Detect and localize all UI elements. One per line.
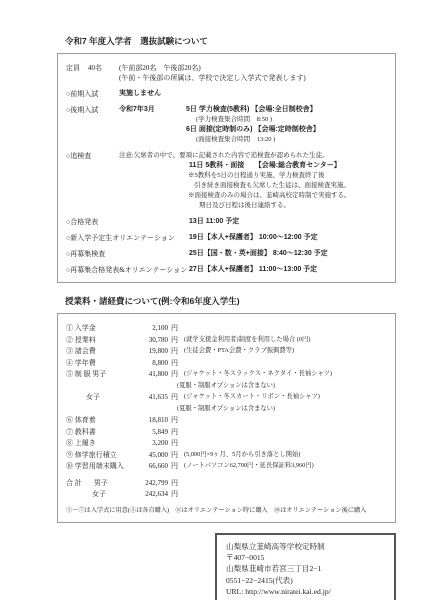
fee-unit: 円: [171, 369, 178, 380]
fee-amount: 45,000: [138, 450, 168, 461]
fee-row-entrance: ① 入学金 2,100 円: [66, 323, 390, 334]
capacity-label: 定員: [66, 64, 80, 72]
fee-row-textbooks: ⑦ 教科書 5,849 円: [66, 427, 390, 438]
fee-unit: 円: [171, 323, 178, 334]
fee-label: 学習用端末購入: [75, 462, 124, 470]
fee-row-uniform-female: 女子 41,635 円 (ジャケット・冬スカート・リボン・長袖シャツ): [66, 392, 390, 403]
fee-amount: 5,849: [138, 427, 168, 438]
first-exam-value: 実施しません: [119, 89, 161, 99]
row-orientation: ○新入学予定生オリエンテーション 19日【本人+保護者】 10:00〜12:00…: [66, 233, 390, 243]
total-female-label: 女子: [92, 490, 106, 498]
fee-name: ④ 学年費: [66, 358, 138, 369]
fee-note-uniform-female: (夏服・制服オプションは含まない): [177, 404, 390, 415]
fee-amount: 41,635: [138, 392, 168, 403]
orientation-label: ○新入学予定生オリエンテーション: [66, 233, 189, 243]
fee-unit: 円: [171, 358, 178, 369]
makeup-exam-line3: 引き続き面接検査も欠席した生徒は、面接検査実施。: [194, 181, 351, 191]
fee-no: ⑧: [66, 439, 73, 447]
fee-label: 教科書: [75, 428, 96, 436]
row-reapply-exam: ○再募集検査 25日【国・数・英+面接】 8:40〜12:30 予定: [66, 249, 390, 259]
fee-unit: 円: [171, 438, 178, 449]
makeup-exam-line5: 期日及び日程は後日連絡する。: [199, 201, 351, 211]
row-second-exam: ○後期入試 令和7年3月 5日 学力検査(5教科) 【会場:全日制校舎】 (学力…: [66, 105, 390, 145]
section2-title: 授業料・諸経費について(例:令和6年度入学生): [65, 296, 424, 306]
fee-no: ④: [66, 359, 73, 367]
capacity-label-cell: 定員40名: [66, 63, 119, 73]
fee-unit: 円: [171, 415, 178, 426]
total-label: 合 計: [66, 479, 82, 487]
capacity-notes: (午前部20名 午後部20名) (午前・午後部の所属は、学校で決定し入学式で発表…: [119, 63, 306, 83]
fee-label: 授業料: [75, 336, 96, 344]
fee-label: 女子: [86, 393, 100, 401]
fee-row-tuition: ② 授業料 30,780 円 (就学支援金利用者)制度を利用した場合 (0円): [66, 335, 390, 346]
fee-row-laptop: ⑩ 学習用端末購入 66,660 円 (ノートパソコン62,700円・延長保証料…: [66, 461, 390, 472]
fee-name: ⑩ 学習用端末購入: [66, 461, 138, 472]
total-row-male: 合 計男子 242,799 円: [66, 478, 390, 489]
fee-no: ③: [66, 347, 73, 355]
fee-row-memberships: ③ 諸会費 19,800 円 (生徒会費・PTA会費・クラブ振興費等): [66, 346, 390, 357]
fee-amount: 2,100: [138, 323, 168, 334]
fee-name: ⑨ 修学旅行積立: [66, 450, 138, 461]
document-page: 令和7 年度入学者 選抜試験について 定員40名 (午前部20名 午後部20名)…: [0, 0, 424, 600]
reapply-results-label: ○再募集合格発表&オリエンテーション: [66, 265, 189, 275]
row-reapply-results: ○再募集合格発表&オリエンテーション 27日【本人+保護者】 11:00〜13:…: [66, 265, 390, 275]
fee-no: ⑤: [66, 370, 73, 378]
fee-note: (ジャケット・冬スカート・リボン・長袖シャツ): [184, 392, 320, 403]
total-name: 合 計男子: [66, 478, 138, 489]
second-exam-line2: (学力検査集合時間 8:50 ): [196, 115, 320, 125]
school-address-box: 山梨県立韮崎高等学校定時制 〒407−0015 山梨県韮崎市若宮三丁目2−1 0…: [215, 533, 396, 600]
total-name: 女子: [66, 489, 138, 500]
orientation-value: 19日【本人+保護者】 10:00〜12:00 予定: [189, 233, 318, 243]
reapply-exam-value: 25日【国・数・英+面接】 8:40〜12:30 予定: [189, 249, 328, 259]
fee-unit: 円: [171, 427, 178, 438]
fee-no: ⑨: [66, 451, 73, 459]
fee-amount: 66,660: [138, 461, 168, 472]
results-value: 13日 11:00 予定: [189, 217, 239, 227]
row-makeup-exam: ○追検査 注意:欠席者の中で、要項に記載された内容で追検査が認められた生徒。 1…: [66, 151, 390, 211]
capacity-value: 40名: [88, 64, 102, 72]
fee-label: 上履き: [75, 439, 96, 447]
exam-schedule-box: 定員40名 (午前部20名 午後部20名) (午前・午後部の所属は、学校で決定し…: [57, 53, 396, 283]
fee-name: ⑤ 制 服 男子: [66, 369, 138, 380]
fee-unit: 円: [171, 461, 178, 472]
fee-row-uniform-male: ⑤ 制 服 男子 41,800 円 (ジャケット・冬スラックス・ネクタイ・長袖シ…: [66, 369, 390, 380]
fee-no: ①: [66, 324, 73, 332]
fee-row-trip-savings: ⑨ 修学旅行積立 45,000 円 (5,000円×9ヶ月、5月から引き落とし開…: [66, 450, 390, 461]
section1-title: 令和7 年度入学者 選抜試験について: [65, 36, 424, 46]
reapply-exam-label: ○再募集検査: [66, 249, 189, 259]
total-male-amount: 242,799: [138, 478, 168, 489]
fee-label: 制 服 男子: [75, 370, 107, 378]
fee-name: ① 入学金: [66, 323, 138, 334]
fee-label: 学年費: [75, 359, 96, 367]
results-label: ○合格発表: [66, 217, 189, 227]
fee-name: ⑦ 教科書: [66, 427, 138, 438]
makeup-exam-line1: 11日 5教科・面接 【会場:総合教育センター】: [189, 161, 351, 171]
second-exam-line1: 5日 学力検査(5教科) 【会場:全日制校舎】: [186, 105, 320, 115]
makeup-exam-note: 注意:欠席者の中で、要項に記載された内容で追検査が認められた生徒。: [119, 151, 351, 161]
fee-unit: 円: [171, 450, 178, 461]
first-exam-label: ○前期入試: [66, 89, 119, 99]
makeup-exam-label: ○追検査: [66, 151, 119, 161]
fee-unit: 円: [171, 346, 178, 357]
fee-amount: 3,200: [138, 438, 168, 449]
fee-note: (ジャケット・冬スラックス・ネクタイ・長袖シャツ): [184, 369, 332, 380]
website-url: URL: http://www.niratei.kai.ed.jp/: [226, 586, 386, 597]
fee-amount: 8,800: [138, 358, 168, 369]
fee-name: ② 授業料: [66, 335, 138, 346]
fee-name: ⑧ 上履き: [66, 438, 138, 449]
fee-row-slippers: ⑧ 上履き 3,200 円: [66, 438, 390, 449]
fee-label: 入学金: [75, 324, 96, 332]
fee-no: ⑥: [66, 416, 73, 424]
fee-amount: 30,780: [138, 335, 168, 346]
total-male-label: 男子: [94, 479, 108, 487]
fee-name: ③ 諸会費: [66, 346, 138, 357]
fee-unit: 円: [171, 335, 178, 346]
fee-unit: 円: [171, 392, 178, 403]
fee-amount: 19,800: [138, 346, 168, 357]
second-exam-schedule: 5日 学力検査(5教科) 【会場:全日制校舎】 (学力検査集合時間 8:50 )…: [186, 105, 320, 145]
fee-note-uniform-male: (夏服・制服オプションは含まない): [177, 381, 390, 392]
fee-no: ②: [66, 336, 73, 344]
fee-label: 修学旅行積立: [75, 451, 117, 459]
fee-label: 体育着: [75, 416, 96, 424]
postal-code: 〒407−0015: [226, 552, 386, 563]
fee-unit: 円: [171, 489, 178, 500]
second-exam-label: ○後期入試: [66, 105, 119, 115]
makeup-exam-line2: ※5教科を5日の日程通り実施、学力検査終了後: [188, 171, 351, 181]
row-first-exam: ○前期入試 実施しません: [66, 89, 390, 99]
fee-unit: 円: [171, 478, 178, 489]
fee-note: (ノートパソコン62,700円・延長保証料3,960円): [184, 461, 314, 472]
fee-amount: 41,800: [138, 369, 168, 380]
capacity-note2: (午前・午後部の所属は、学校で決定し入学式で発表します): [119, 73, 306, 83]
total-row-female: 女子 242,634 円: [66, 489, 390, 500]
second-exam-line3: 6日 面接(定時制のみ) 【会場:定時制校舎】: [186, 125, 320, 135]
phone-number: 0551−22−2415(代表): [226, 575, 386, 586]
fee-note: (就学支援金利用者)制度を利用した場合 (0円): [184, 335, 310, 346]
fee-note: (5,000円×9ヶ月、5月から引き落とし開始): [184, 450, 300, 461]
street-address: 山梨県韮崎市若宮三丁目2−1: [226, 563, 386, 574]
fee-name: ⑥ 体育着: [66, 415, 138, 426]
makeup-exam-line4: ※面接検査のみの場合は、韮崎高校定時制で実施する。: [188, 191, 351, 201]
fees-footnote: ①〜⑦は入学式に用意(⑤は各自購入) ⑧はオリエンテーション時に購入 ⑩はオリエ…: [66, 506, 390, 515]
fee-row-pe-wear: ⑥ 体育着 18,810 円: [66, 415, 390, 426]
school-name: 山梨県立韮崎高等学校定時制: [226, 541, 386, 552]
fee-row-grade: ④ 学年費 8,800 円: [66, 358, 390, 369]
fee-no: ⑩: [66, 462, 73, 470]
fee-no: ⑦: [66, 428, 73, 436]
row-capacity: 定員40名 (午前部20名 午後部20名) (午前・午後部の所属は、学校で決定し…: [66, 63, 390, 83]
makeup-exam-detail: 注意:欠席者の中で、要項に記載された内容で追検査が認められた生徒。 11日 5教…: [119, 151, 351, 211]
fee-name: 女子: [66, 392, 138, 403]
capacity-note1: (午前部20名 午後部20名): [119, 63, 306, 73]
fee-label: 諸会費: [75, 347, 96, 355]
fee-amount: 18,810: [138, 415, 168, 426]
total-female-amount: 242,634: [138, 489, 168, 500]
row-results: ○合格発表 13日 11:00 予定: [66, 217, 390, 227]
fee-note: (生徒会費・PTA会費・クラブ振興費等): [184, 346, 294, 357]
second-exam-date: 令和7年3月: [119, 105, 186, 115]
second-exam-line4: (面接検査集合時間 13:20 ): [196, 135, 320, 145]
fees-box: ① 入学金 2,100 円 ② 授業料 30,780 円 (就学支援金利用者)制…: [57, 313, 396, 523]
reapply-results-value: 27日【本人+保護者】 11:00〜13:00 予定: [189, 265, 317, 275]
